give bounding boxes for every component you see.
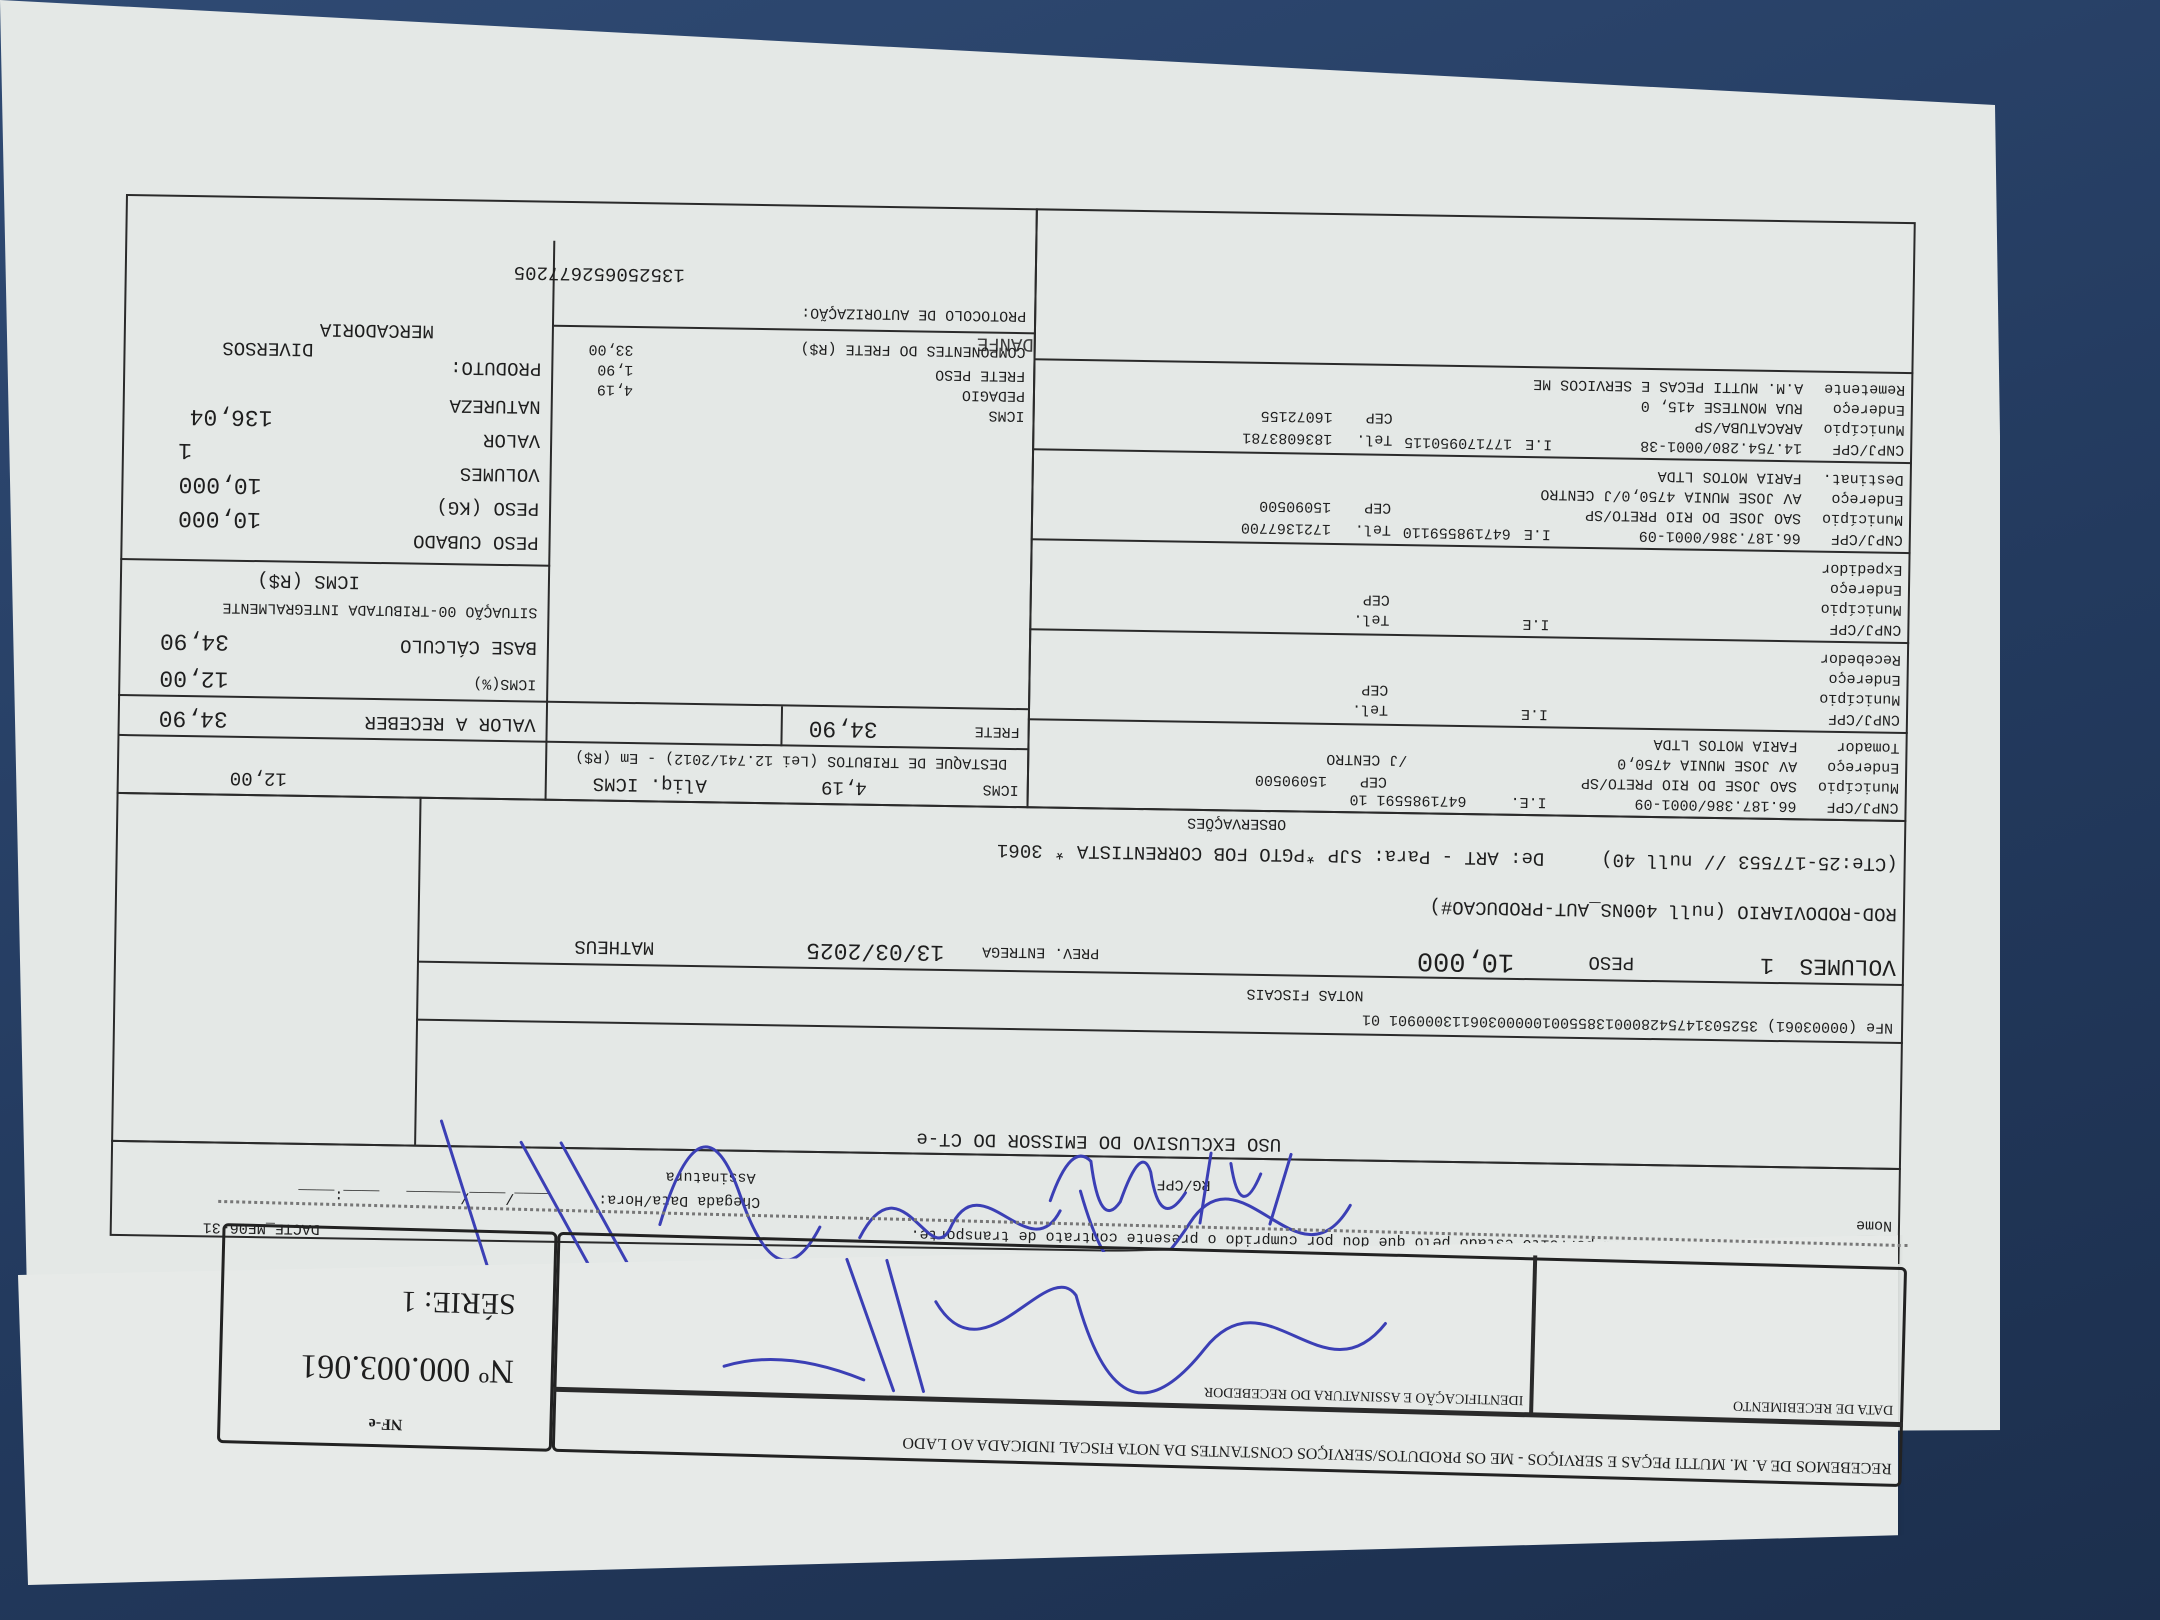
icms-box-title: ICMS (R$) bbox=[257, 568, 360, 591]
tomador-ie-label: I.E. bbox=[1510, 793, 1546, 811]
notas-fiscais-title: NOTAS FISCAIS bbox=[1246, 984, 1363, 1003]
expedidor-endereco-label: Endereço bbox=[1830, 580, 1902, 598]
destinatario-label: Destinat. bbox=[1823, 469, 1904, 488]
produto-value: DIVERSOS bbox=[222, 336, 314, 359]
remetente-cnpj: 14.754.280/0001-38 bbox=[1640, 437, 1802, 457]
tomador-municipio: SAO JOSE DO RIO PRETO/SP bbox=[1581, 774, 1797, 795]
tomador-cnpj-label: CNPJ/CPF bbox=[1826, 798, 1898, 816]
remetente-ie-label: I.E bbox=[1525, 435, 1552, 453]
valor-receber-value: 34,90 bbox=[159, 704, 228, 732]
tributos-aliq-label: Aliq. ICMS bbox=[593, 772, 707, 796]
tomador-label: Tomador bbox=[1836, 738, 1899, 756]
protocolo-value: 135250652677205 bbox=[514, 260, 685, 285]
componente-value: 1,90 bbox=[597, 360, 633, 378]
tomador-cep-label: CEP bbox=[1360, 772, 1387, 790]
recebedor-tel-label: Tel. bbox=[1352, 700, 1388, 718]
peso-kg-label: PESO (KG) bbox=[436, 495, 539, 518]
componente-value: 4,19 bbox=[597, 380, 633, 398]
observacoes-title: OBSERVAÇÕES bbox=[1187, 814, 1286, 833]
expedidor-ie-label: I.E bbox=[1522, 615, 1549, 633]
base-calculo-value: 34,90 bbox=[160, 627, 229, 655]
driver-name: MATHEUS bbox=[574, 934, 654, 957]
remetente-municipio-label: Município bbox=[1823, 419, 1904, 438]
prev-entrega-value: 13/03/2025 bbox=[806, 936, 944, 965]
volumes-label: VOLUMES bbox=[1799, 952, 1896, 980]
componentes-title: COMPONENTES DO FRETE (R$) bbox=[800, 339, 1025, 360]
protocolo-label: PROTOCOLO DE AUTORIZAÇÃO: bbox=[801, 303, 1026, 324]
destinatario-tel-label: Tel. bbox=[1355, 520, 1391, 538]
icms-pct-label: ICMS(%) bbox=[473, 674, 536, 692]
recebedor-cnpj-label: CNPJ/CPF bbox=[1828, 710, 1900, 728]
recebedor-label: Recebedor bbox=[1820, 649, 1901, 668]
remetente-ie: 177170950115 bbox=[1404, 433, 1512, 452]
remetente-label: Remetente bbox=[1824, 379, 1905, 398]
prev-entrega-label: PREV. ENTREGA bbox=[982, 942, 1099, 961]
mercadoria-valor-label: VALOR bbox=[483, 428, 540, 451]
tributos-icms-label: ICMS bbox=[983, 780, 1019, 798]
tomador-municipio-label: Município bbox=[1818, 777, 1899, 796]
expedidor-cep-label: CEP bbox=[1363, 590, 1390, 608]
receipt-stub-content: RECEBEMOS DE A. M. MUTTI PEÇAS E SERVIÇO… bbox=[212, 1173, 1909, 1497]
tomador-ie: 6471985591 10 bbox=[1349, 790, 1466, 809]
recebedor-endereco-label: Endereço bbox=[1828, 670, 1900, 688]
peso-label: PESO bbox=[1588, 950, 1634, 973]
destinatario-cep: 15090500 bbox=[1259, 497, 1331, 515]
remetente-tel: 1836083781 bbox=[1242, 428, 1332, 447]
remetente-endereco: RUA MONTESE 415, 0 bbox=[1641, 397, 1803, 417]
destinatario-tel: 1721367700 bbox=[1241, 518, 1331, 537]
tomador-name: FARIA MOTOS LTDA bbox=[1653, 735, 1797, 755]
destinatario-endereco-label: Endereço bbox=[1831, 490, 1903, 508]
recebedor-cep-label: CEP bbox=[1361, 680, 1388, 698]
produto-label: PRODUTO: bbox=[450, 355, 542, 378]
nfe-label: NF-e bbox=[368, 1414, 402, 1433]
remetente-municipio: ARACATUBA/SP bbox=[1694, 417, 1802, 436]
remetente-tel-label: Tel. bbox=[1356, 430, 1392, 448]
nfe-serie: SÉRIE: 1 bbox=[401, 1283, 516, 1320]
remetente-endereco-label: Endereço bbox=[1833, 400, 1905, 418]
destinatario-cnpj-label: CNPJ/CPF bbox=[1831, 530, 1903, 548]
peso-value: 10,000 bbox=[1417, 943, 1515, 976]
destinatario-ie: 647198559110 bbox=[1403, 523, 1511, 542]
values-box bbox=[117, 194, 1038, 808]
destinatario-cnpj: 66.187.386/0001-09 bbox=[1639, 527, 1801, 547]
signature-label: Assinatura bbox=[665, 1167, 755, 1186]
recebedor-ie-label: I.E bbox=[1521, 705, 1548, 723]
mercadoria-volumes-value: 1 bbox=[178, 436, 192, 463]
valor-receber-label: VALOR A RECEBER bbox=[365, 710, 536, 735]
peso-cubado-value: 10,000 bbox=[178, 504, 261, 532]
expedidor-cnpj-label: CNPJ/CPF bbox=[1829, 620, 1901, 638]
remetente-cnpj-label: CNPJ/CPF bbox=[1832, 440, 1904, 458]
componente-label: PEDAGIO bbox=[962, 386, 1025, 404]
destinatario-municipio-label: Município bbox=[1822, 509, 1903, 528]
tributos-aliq-value: 12,00 bbox=[230, 766, 287, 789]
recebedor-municipio-label: Município bbox=[1819, 689, 1900, 708]
volumes-value: 1 bbox=[1760, 951, 1774, 978]
base-calculo-label: BASE CÁLCULO bbox=[400, 634, 537, 658]
expedidor-label: Expedidor bbox=[1821, 559, 1902, 578]
peso-kg-value: 10,000 bbox=[178, 470, 261, 498]
expedidor-municipio-label: Município bbox=[1821, 599, 1902, 618]
destinatario-municipio: SAO JOSE DO RIO PRETO/SP bbox=[1585, 506, 1801, 527]
mercadoria-volumes-label: VOLUMES bbox=[460, 461, 540, 484]
tomador-endereco: AV JOSE MUNIA 4750,0 bbox=[1617, 754, 1797, 774]
mercadoria-valor-value: 136,04 bbox=[189, 403, 272, 431]
destinatario-ie-label: I.E bbox=[1524, 525, 1551, 543]
peso-cubado-label: PESO CUBADO bbox=[413, 529, 539, 553]
frete-label: FRETE bbox=[975, 722, 1020, 740]
rg-cpf-label: RG/CPF bbox=[1156, 1175, 1210, 1193]
icms-pct-value: 12,00 bbox=[159, 664, 228, 692]
tomador-cnpj: 66.187.386/0001-09 bbox=[1634, 795, 1796, 815]
tomador-endereco-label: Endereço bbox=[1827, 758, 1899, 776]
natureza-label: NATUREZA bbox=[449, 393, 541, 416]
destinatario-cep-label: CEP bbox=[1364, 498, 1391, 516]
componente-value: 33,00 bbox=[588, 340, 633, 358]
dacte-document: Declaro que recebi os volumes em perfeit… bbox=[110, 156, 1917, 1264]
mercadoria-title: MERCADORIA bbox=[320, 317, 434, 341]
remetente-cep: 16072155 bbox=[1261, 407, 1333, 425]
componente-label: FRETE PESO bbox=[935, 365, 1025, 384]
expedidor-tel-label: Tel. bbox=[1353, 610, 1389, 628]
destinatario-name: FARIA MOTOS LTDA bbox=[1658, 467, 1802, 487]
remetente-cep-label: CEP bbox=[1365, 408, 1392, 426]
componente-label: ICMS bbox=[988, 406, 1024, 424]
tributos-icms-value: 4,19 bbox=[821, 775, 867, 798]
tomador-cep: 15090500 bbox=[1255, 771, 1327, 789]
emitter-use-title: USO EXCLUSIVO DO EMISSOR DO CT-e bbox=[916, 1127, 1281, 1155]
frete-value: 34,90 bbox=[808, 714, 877, 742]
nfe-number: Nº 000.003.061 bbox=[300, 1346, 515, 1391]
tomador-endereco-cont: /J CENTRO bbox=[1326, 750, 1407, 769]
